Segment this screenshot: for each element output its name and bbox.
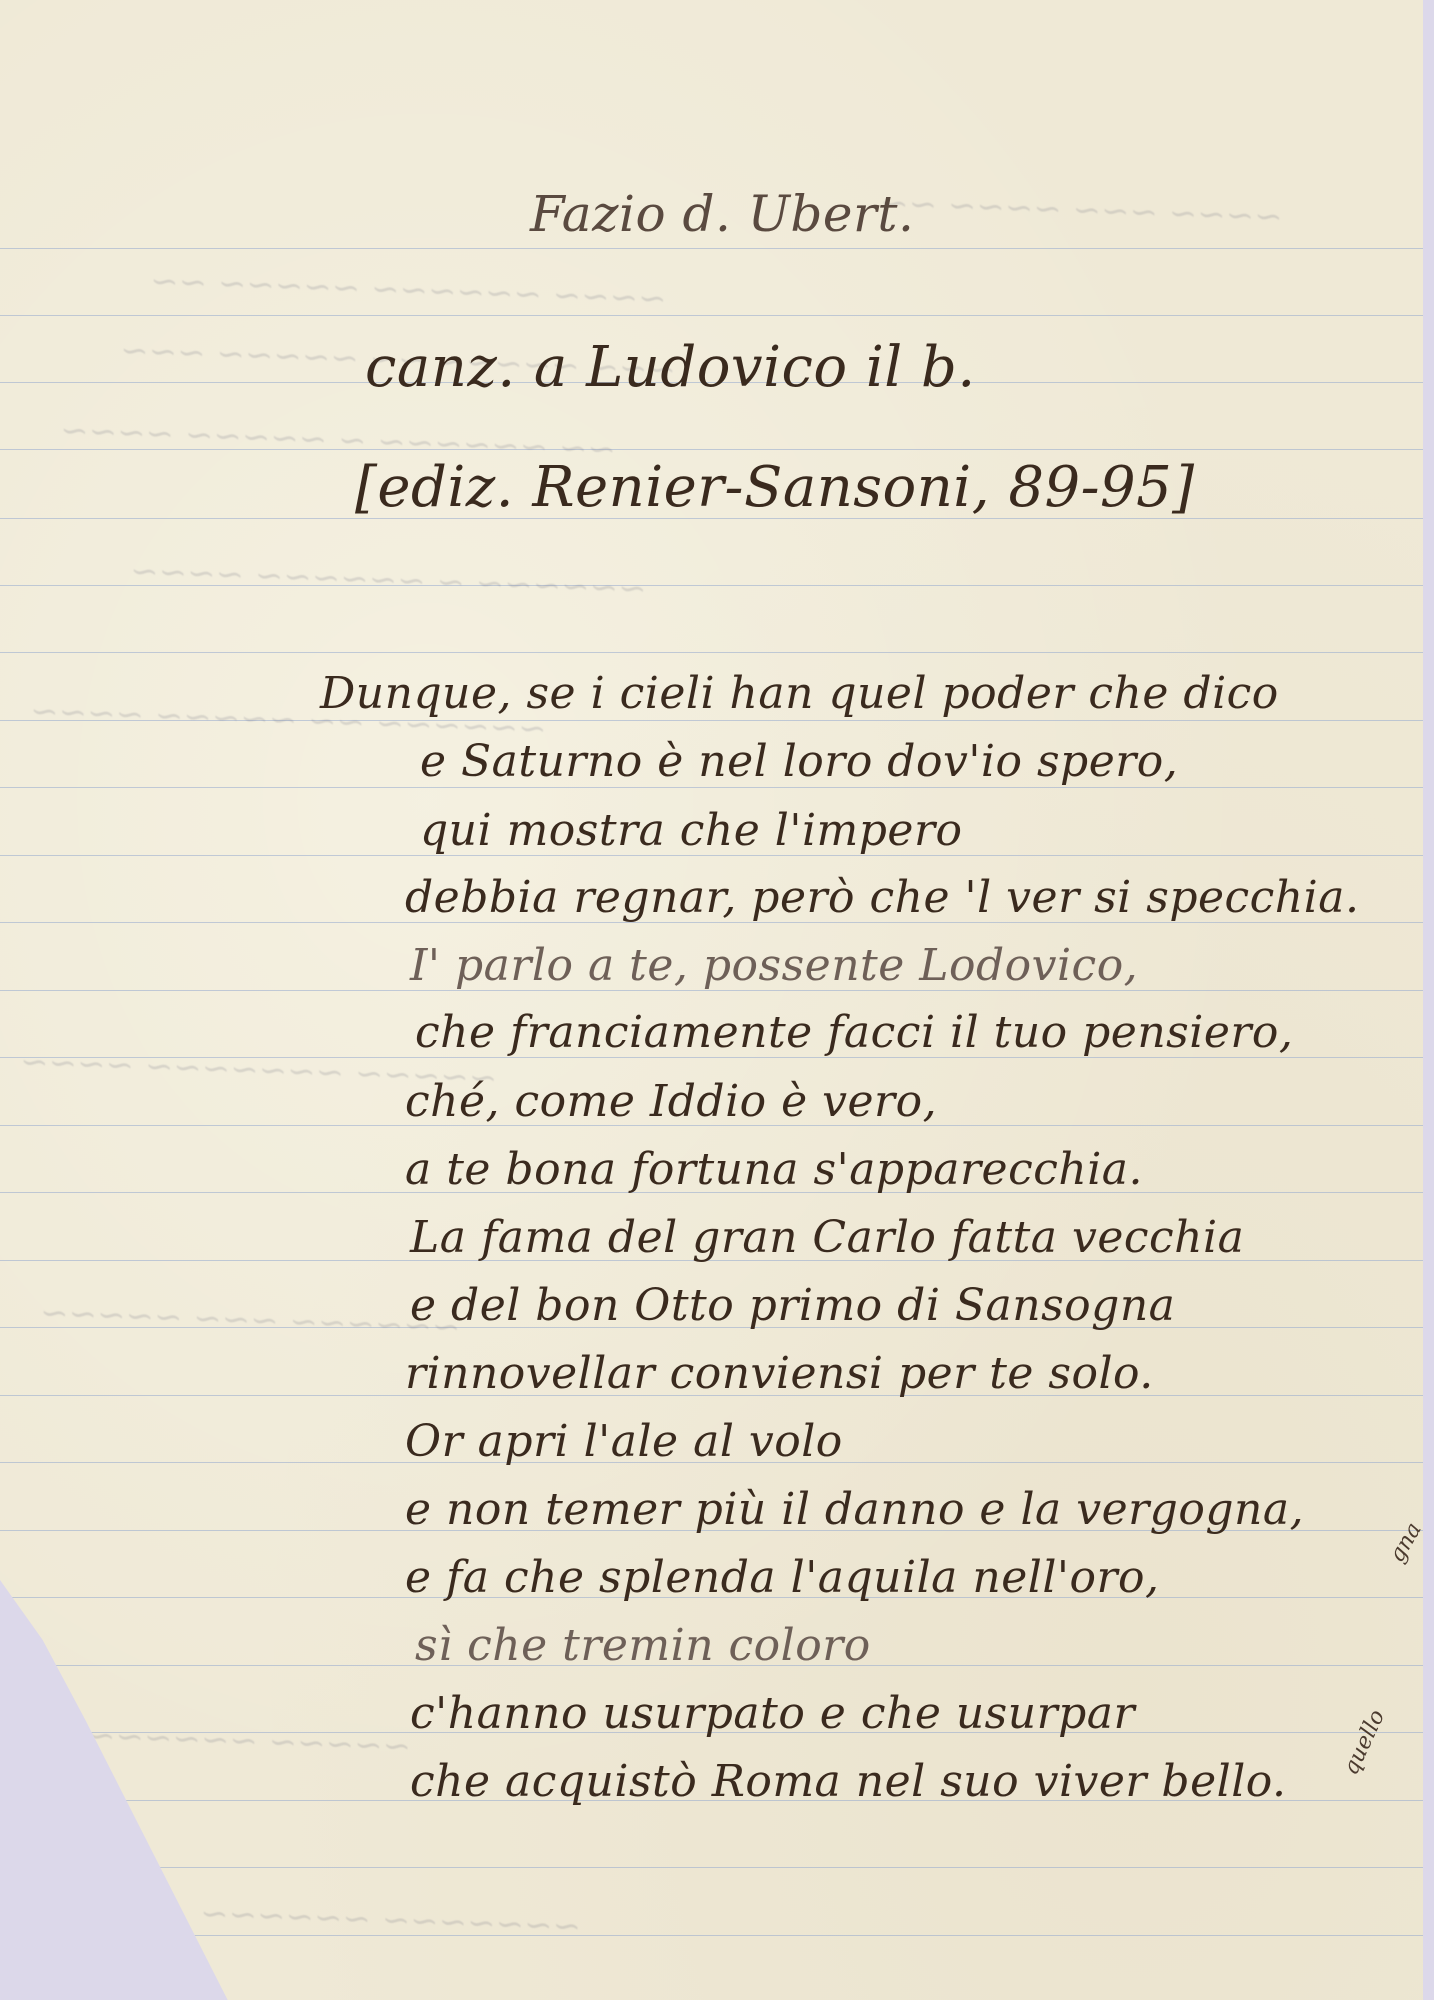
- verse-line: I' parlo a te, possente Lodovico,: [410, 940, 1138, 991]
- verse-line: e fa che splenda l'aquila nell'oro,: [405, 1552, 1160, 1603]
- verse-line: debbia regnar, però che 'l ver si specch…: [405, 872, 1359, 923]
- verse-line: ché, come Iddio è vero,: [405, 1076, 937, 1127]
- verse-line: a te bona fortuna s'apparecchia.: [405, 1144, 1143, 1195]
- verse-line: e del bon Otto primo di Sansogna: [410, 1280, 1175, 1331]
- ruling-line: [0, 787, 1423, 788]
- verse-line: c'hanno usurpato e che usurpar: [410, 1688, 1135, 1739]
- verse-line: che acquistò Roma nel suo viver bello.: [410, 1756, 1286, 1807]
- interlinear-correction: gna: [1385, 1518, 1427, 1566]
- edition-reference: [ediz. Renier-Sansoni, 89-95]: [355, 455, 1195, 520]
- verse-line: e Saturno è nel loro dov'io spero,: [420, 736, 1178, 787]
- bleed-through-text: ~~~~~~ ~~~ ~~~~~: [39, 1293, 461, 1348]
- bleed-through-text: ~~~~~ ~~~~~~~~: [29, 1713, 411, 1766]
- verse-line: Dunque, se i cieli han quel poder che di…: [320, 668, 1279, 719]
- interlinear-correction: quello: [1338, 1706, 1390, 1779]
- verse-line: che franciamente facci il tuo pensiero,: [415, 1007, 1293, 1058]
- bleed-through-text: ~~~~ ~~~ ~~~~ ~~: [879, 183, 1283, 237]
- ruling-line: [0, 1867, 1423, 1868]
- verse-line: Or apri l'ale al volo: [405, 1416, 843, 1467]
- bleed-through-text: ~~~~~~ ~ ~~~~~~ ~~~~: [129, 551, 647, 609]
- verse-line: La fama del gran Carlo fatta vecchia: [410, 1212, 1244, 1263]
- verse-line: sì che tremin coloro: [415, 1620, 871, 1671]
- ruling-line: [0, 248, 1423, 249]
- ruling-line: [0, 652, 1423, 653]
- ruling-line: [0, 1935, 1423, 1936]
- bleed-through-text: ~~~~ ~~~~~~ ~~~~~ ~~: [149, 261, 667, 319]
- author-heading: Fazio d. Ubert.: [530, 185, 914, 243]
- ruling-line: [0, 315, 1423, 316]
- bleed-through-text: ~~~~~~~ ~~~~~~: [199, 1893, 581, 1946]
- manuscript-page: ~~~~ ~~~ ~~~~ ~~ ~~~~ ~~~~~~ ~~~~~ ~~ ~~…: [0, 0, 1423, 2000]
- title-heading: canz. a Ludovico il b.: [365, 335, 976, 400]
- verse-line: qui mostra che l'impero: [420, 805, 963, 856]
- verse-line: e non temer più il danno e la vergogna,: [405, 1484, 1304, 1535]
- verse-line: rinnovellar conviensi per te solo.: [405, 1348, 1154, 1399]
